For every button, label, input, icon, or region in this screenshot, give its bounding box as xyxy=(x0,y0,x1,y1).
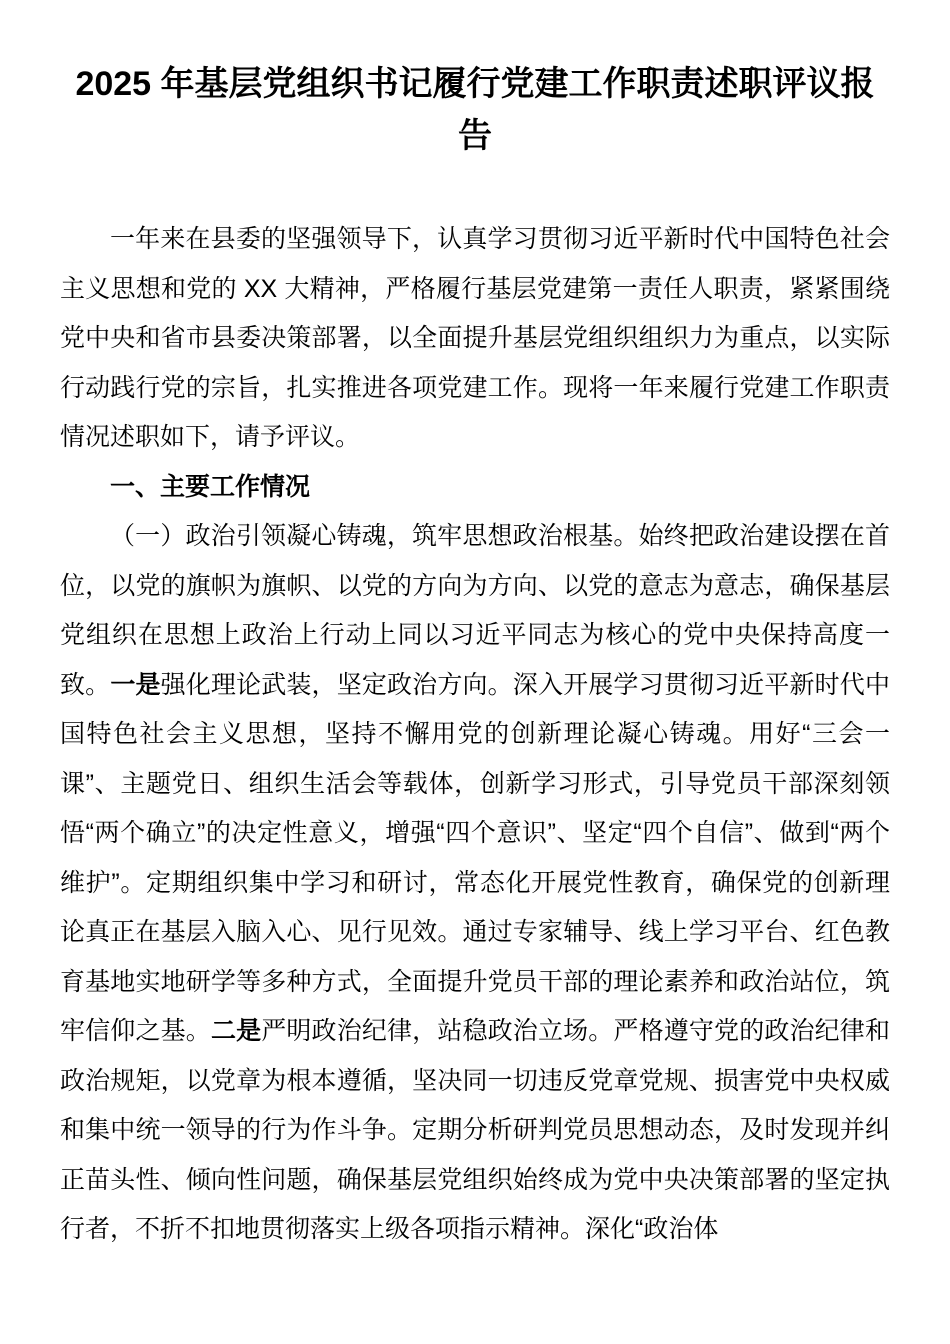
text-run: 强化理论武装，坚定政治方向。深入开展学习贯彻习近平新时代中国特色社会主义思想，坚… xyxy=(60,671,890,1046)
section-heading-main-work: 一、主要工作情况 xyxy=(60,463,890,513)
document-title: 2025 年基层党组织书记履行党建工作职责述职评议报告 xyxy=(60,58,890,162)
document-page: 2025 年基层党组织书记履行党建工作职责述职评议报告 一年来在县委的坚强领导下… xyxy=(0,0,950,1344)
intro-paragraph: 一年来在县委的坚强领导下，认真学习贯彻习近平新时代中国特色社会主义思想和党的 X… xyxy=(60,215,890,463)
document-body: 一年来在县委的坚强领导下，认真学习贯彻习近平新时代中国特色社会主义思想和党的 X… xyxy=(60,215,890,1255)
bold-run-second-marker: 二是 xyxy=(211,1017,261,1045)
body-paragraph: （一）政治引领凝心铸魂，筑牢思想政治根基。始终把政治建设摆在首位，以党的旗帜为旗… xyxy=(60,512,890,1255)
bold-run-first-marker: 一是 xyxy=(110,671,160,699)
text-run: 严明政治纪律，站稳政治立场。严格遵守党的政治纪律和政治规矩，以党章为根本遵循，坚… xyxy=(60,1017,890,1243)
